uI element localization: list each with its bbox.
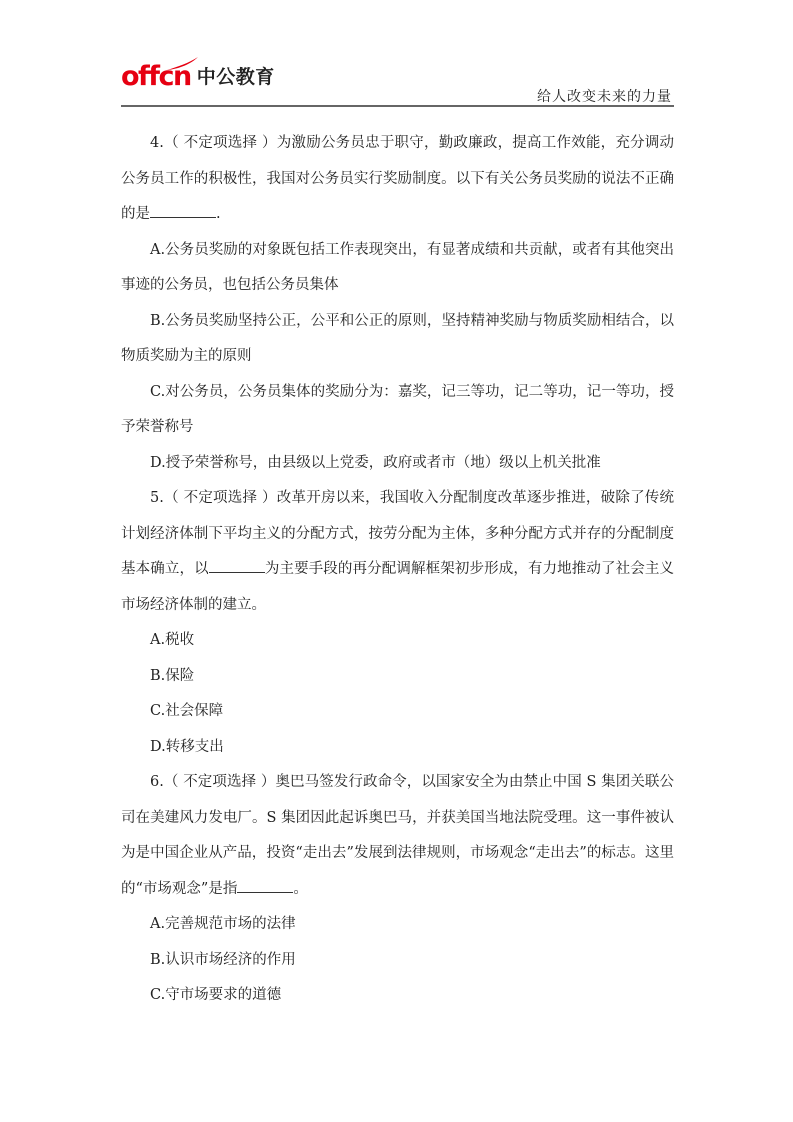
document-body: 4.（ 不定项选择 ）为激励公务员忠于职守，勤政廉政，提高工作效能，充分调动公务… [121, 126, 674, 1014]
option-text: 完善规范市场的法律 [165, 916, 296, 932]
option-text: 公务员奖励坚持公正，公平和公正的原则，坚持精神奖励与物质奖励相结合，以物质奖励为… [121, 313, 674, 365]
option-label: C. [150, 384, 165, 400]
question-4-option-d: D.授予荣誉称号，由县级以上党委，政府或者市（地）级以上机关批准 [121, 446, 674, 482]
question-number: 6. [150, 774, 164, 790]
logo-chinese-name: 中公教育 [197, 62, 275, 89]
option-label: B. [150, 952, 165, 968]
answer-blank [237, 876, 293, 892]
option-text: 认识市场经济的作用 [165, 952, 296, 968]
option-text: 守市场要求的道德 [165, 987, 281, 1003]
question-number: 5. [150, 490, 164, 506]
option-label: C. [150, 703, 165, 719]
question-text-end: 。 [293, 881, 308, 897]
option-label: B. [150, 313, 165, 329]
question-type: （ 不定项选择 ） [164, 490, 277, 506]
option-text: 保险 [165, 668, 194, 684]
option-label: D. [150, 739, 166, 755]
option-label: A. [150, 632, 165, 648]
question-5-option-c: C.社会保障 [121, 694, 674, 730]
question-5-stem: 5.（ 不定项选择 ）改革开房以来，我国收入分配制度改革逐步推进，破除了传统计划… [121, 481, 674, 623]
question-text: 奥巴马签发行政命令，以国家安全为由禁止中国 S 集团关联公司在美建风力发电厂。S… [121, 774, 674, 897]
offcn-logo: offcn 中公教育 [121, 58, 275, 90]
option-label: D. [150, 455, 166, 471]
question-6-option-b: B.认识市场经济的作用 [121, 943, 674, 979]
option-text: 对公务员，公务员集体的奖励分为：嘉奖，记三等功，记二等功，记一等功，授予荣誉称号 [121, 384, 674, 436]
question-6-option-c: C.守市场要求的道德 [121, 978, 674, 1014]
option-label: B. [150, 668, 165, 684]
question-text-end: . [216, 206, 221, 222]
option-label: A. [150, 916, 165, 932]
option-text: 社会保障 [165, 703, 223, 719]
question-5-option-b: B.保险 [121, 659, 674, 695]
question-4-option-b: B.公务员奖励坚持公正，公平和公正的原则，坚持精神奖励与物质奖励相结合，以物质奖… [121, 304, 674, 375]
logo-wordmark: offcn [121, 63, 191, 90]
question-number: 4. [150, 135, 164, 151]
option-label: A. [150, 242, 165, 258]
question-5-option-d: D.转移支出 [121, 730, 674, 766]
question-4-option-c: C.对公务员，公务员集体的奖励分为：嘉奖，记三等功，记二等功，记一等功，授予荣誉… [121, 375, 674, 446]
page-header: offcn 中公教育 给人改变未来的力量 [121, 54, 674, 106]
answer-blank [150, 202, 216, 218]
header-slogan: 给人改变未来的力量 [537, 86, 672, 106]
option-text: 税收 [165, 632, 194, 648]
question-6-option-a: A.完善规范市场的法律 [121, 907, 674, 943]
question-type: （ 不定项选择 ） [164, 135, 277, 151]
question-type: （ 不定项选择 ） [164, 774, 276, 790]
option-text: 授予荣誉称号，由县级以上党委，政府或者市（地）级以上机关批准 [166, 455, 601, 471]
question-4-option-a: A.公务员奖励的对象既包括工作表现突出，有显著成绩和共贡献，或者有其他突出事迹的… [121, 233, 674, 304]
question-5-option-a: A.税收 [121, 623, 674, 659]
answer-blank [209, 557, 265, 573]
option-text: 公务员奖励的对象既包括工作表现突出，有显著成绩和共贡献，或者有其他突出事迹的公务… [121, 242, 674, 294]
logo-swoosh-icon [165, 57, 199, 71]
question-6-stem: 6.（ 不定项选择 ）奥巴马签发行政命令，以国家安全为由禁止中国 S 集团关联公… [121, 765, 674, 907]
option-label: C. [150, 987, 165, 1003]
question-4-stem: 4.（ 不定项选择 ）为激励公务员忠于职守，勤政廉政，提高工作效能，充分调动公务… [121, 126, 674, 233]
option-text: 转移支出 [166, 739, 224, 755]
header-divider [121, 105, 674, 107]
